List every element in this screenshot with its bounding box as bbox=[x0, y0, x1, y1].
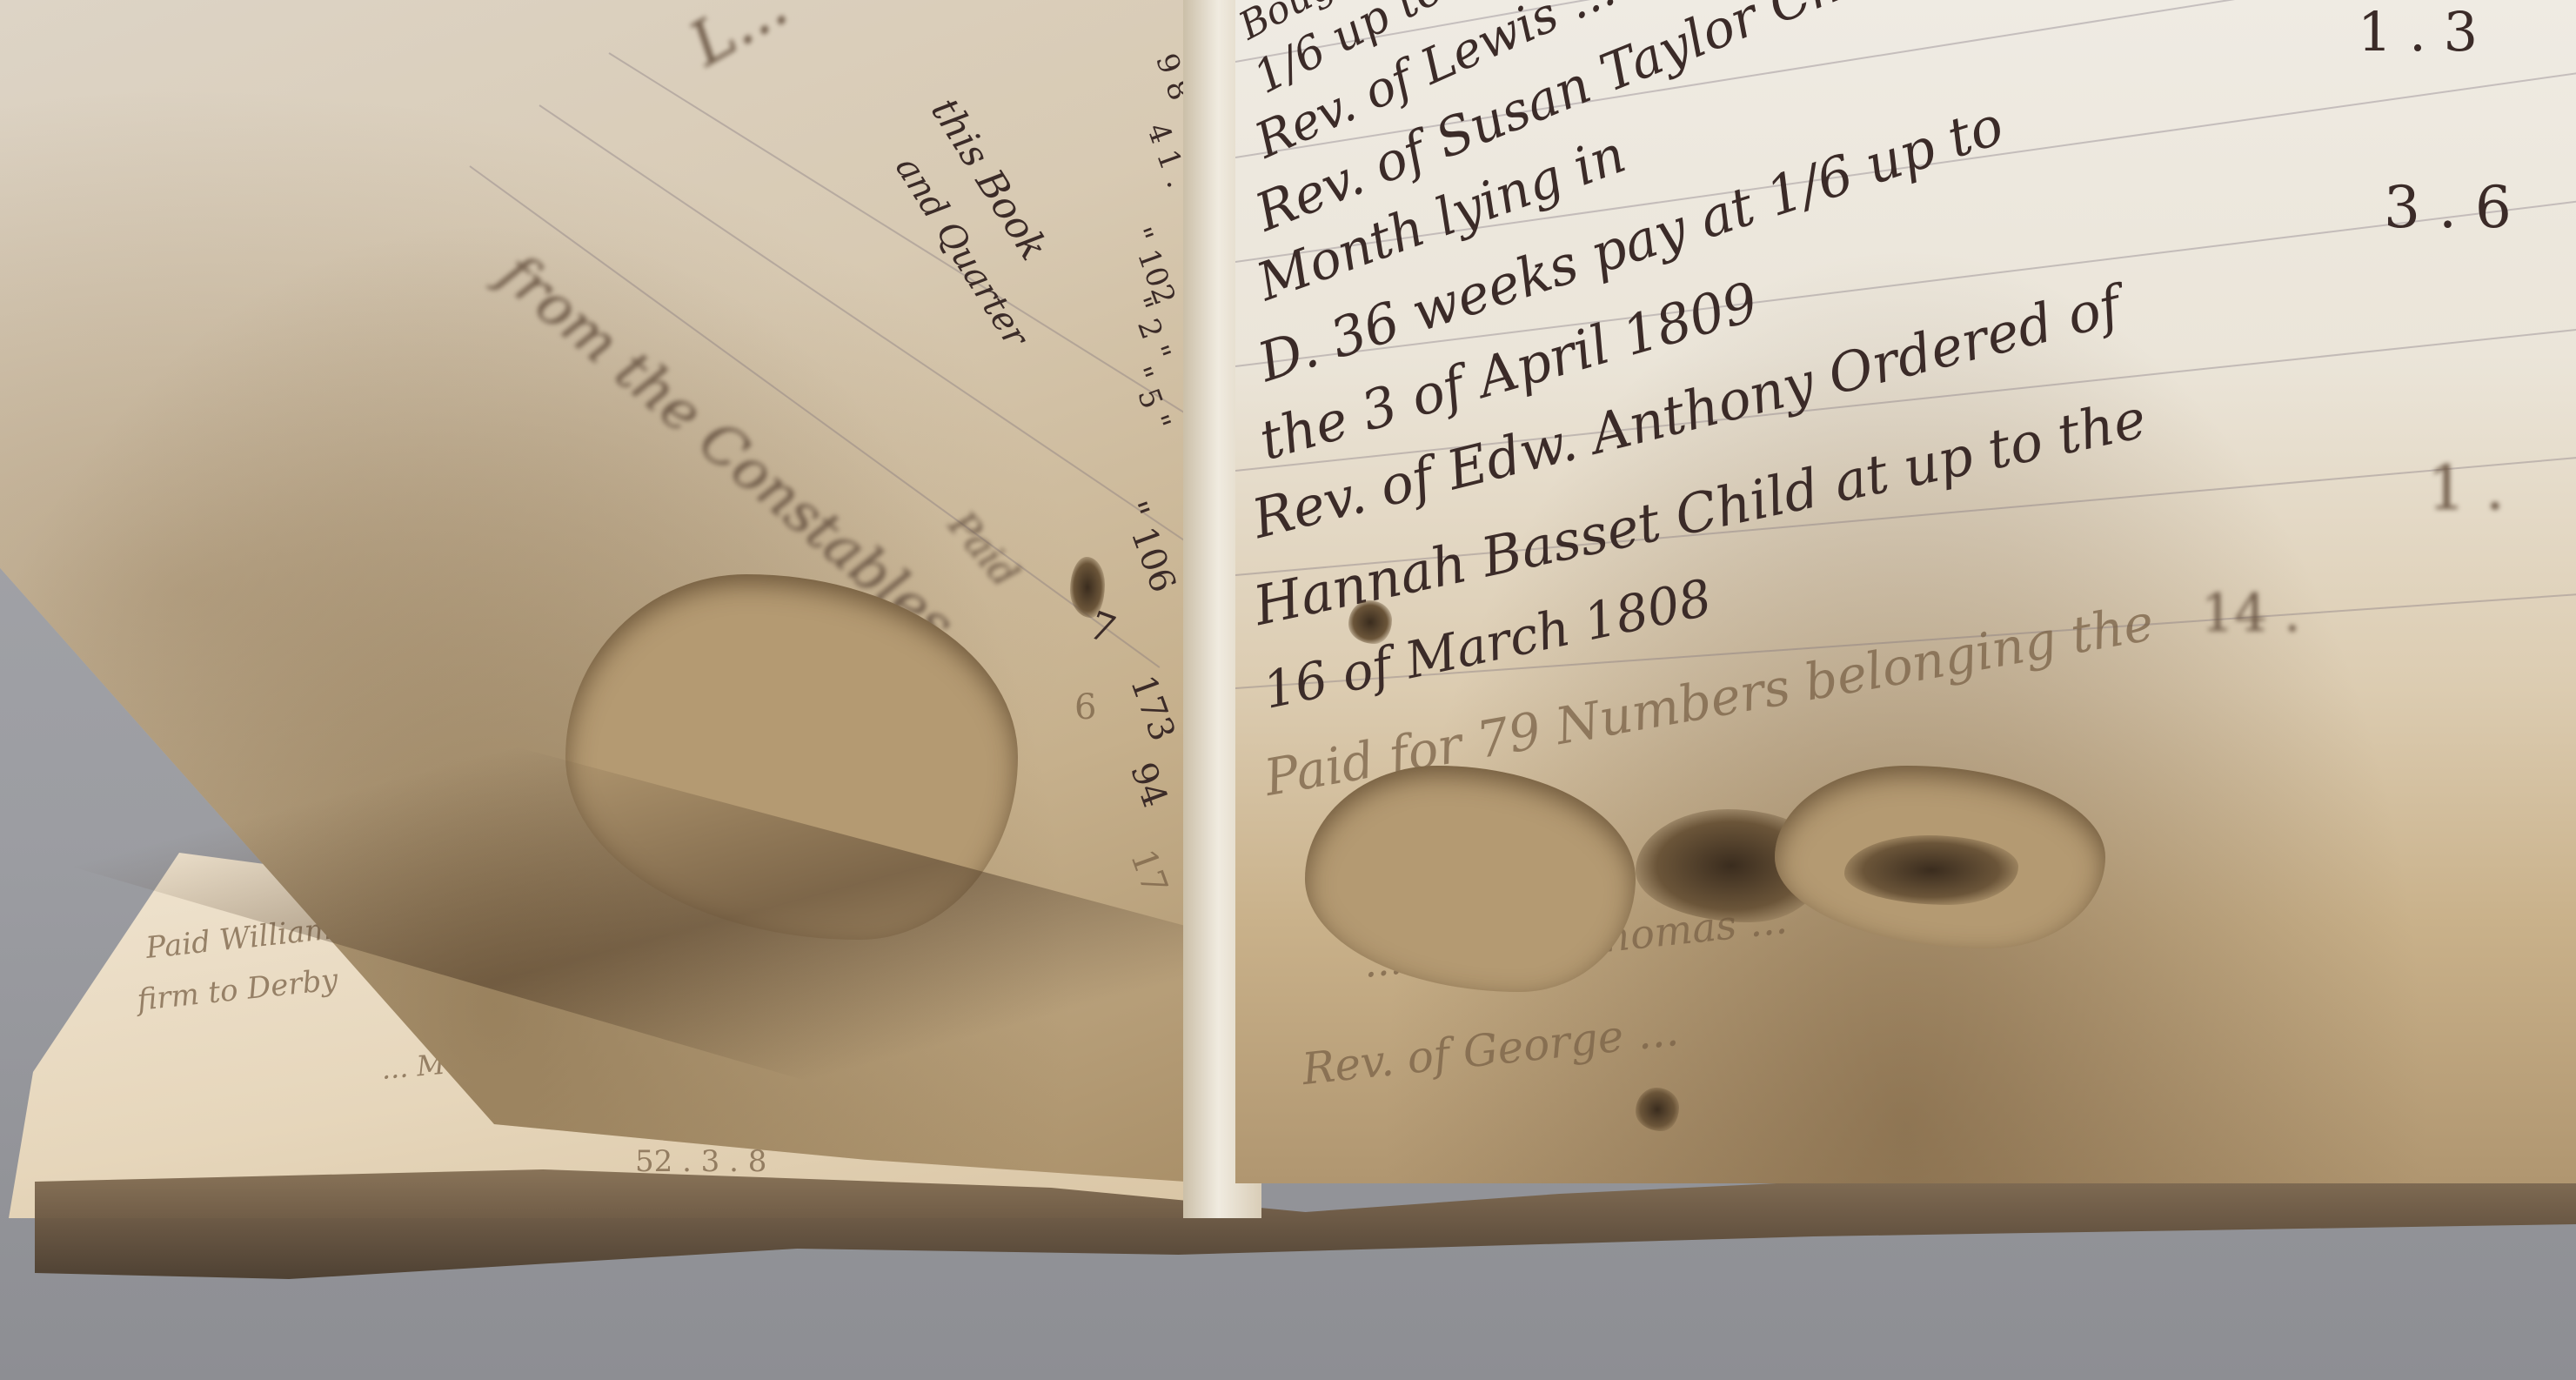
burn-mark bbox=[1070, 557, 1105, 618]
ink-blot bbox=[1348, 600, 1392, 644]
amount: 14 . bbox=[2201, 583, 2301, 644]
entry-line: Rev. of George ... bbox=[1300, 1005, 1681, 1095]
left-page-figure: 173 bbox=[1122, 670, 1182, 746]
left-page-figure: " 106 bbox=[1114, 496, 1183, 598]
burn-hole bbox=[1305, 766, 1636, 992]
left-page-figure: " 2 " bbox=[1122, 292, 1177, 365]
ink-blot bbox=[1636, 1088, 1679, 1131]
amount: 1 . 3 bbox=[2358, 0, 2478, 64]
left-page-line: L... bbox=[678, 0, 799, 80]
right-page: Bought 1/6 up to ... Rev. of Lewis ... d… bbox=[1235, 0, 2576, 1183]
lower-leaf-line: firm to Derby bbox=[136, 962, 339, 1018]
amount: 1 . bbox=[2427, 452, 2505, 524]
amount: 3 . 6 bbox=[2384, 174, 2512, 241]
burn-hole bbox=[1844, 835, 2018, 905]
left-page-figure: 94 bbox=[1122, 757, 1175, 813]
left-page-figure: 17 bbox=[1122, 844, 1175, 900]
left-page-figure: 6 bbox=[1074, 687, 1096, 727]
manuscript-photo: Paid William firm to Derby ... Morgan...… bbox=[0, 0, 2576, 1380]
left-page-figure: " 5 " bbox=[1122, 362, 1177, 435]
